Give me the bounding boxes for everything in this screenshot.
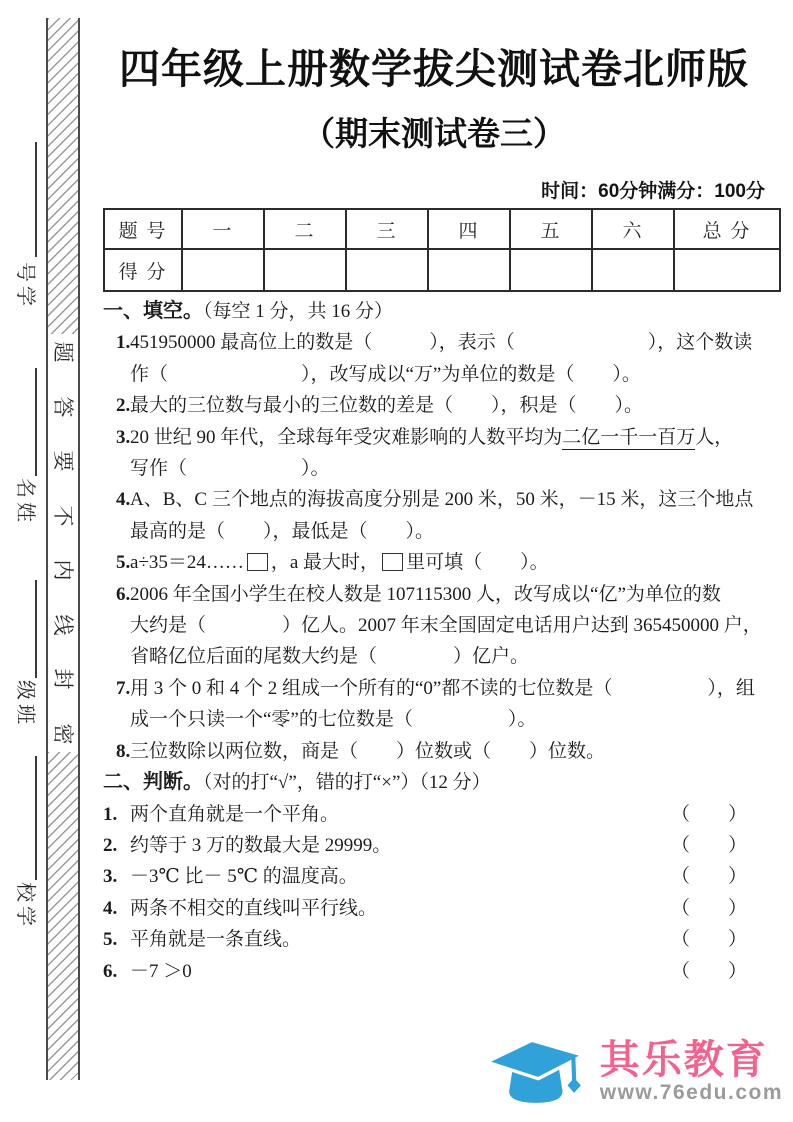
question-body: 20 世纪 90 年代，全球每年受灾难影响的人数平均为二亿一千一百万人，写作（ … bbox=[130, 422, 765, 485]
question-content: 一、填空。（每空 1 分，共 16 分）1.451950000 最高位上的数是（… bbox=[103, 296, 765, 987]
field-label-char: 班 bbox=[13, 702, 37, 726]
question-number: 6. bbox=[103, 956, 130, 987]
score-table-score-row: 得 分 bbox=[104, 249, 780, 291]
question-number: 4. bbox=[103, 893, 130, 924]
score-table-header-cell: 三 bbox=[346, 209, 428, 249]
question-body: 三位数除以两位数，商是（ ）位数或（ ）位数。 bbox=[130, 736, 765, 767]
question-item: 4.A、B、C 三个地点的海拔高度分别是 200 米，50 米，－15 米，这三… bbox=[103, 484, 765, 547]
question-number: 3. bbox=[103, 422, 130, 453]
seal-char: 不 bbox=[51, 504, 75, 528]
section-heading-1: 一、填空。（每空 1 分，共 16 分） bbox=[103, 296, 765, 327]
question-number: 6. bbox=[103, 579, 130, 610]
question-body: a÷35＝24……，a 最大时，里可填（ ）。 bbox=[130, 547, 765, 578]
question-number: 8. bbox=[103, 736, 130, 767]
score-cell bbox=[182, 249, 264, 291]
score-table-header-cell: 四 bbox=[428, 209, 510, 249]
question-item: 1.451950000 最高位上的数是（ ），表示（ ），这个数读作（ ），改写… bbox=[103, 327, 765, 390]
question-item: 8.三位数除以两位数，商是（ ）位数或（ ）位数。 bbox=[103, 736, 765, 767]
judge-answer-blank: （ ） bbox=[671, 830, 747, 861]
field-blank-line-school bbox=[35, 756, 37, 880]
score-cell bbox=[674, 249, 780, 291]
field-label-char: 学 bbox=[13, 904, 37, 928]
field-label-char: 学 bbox=[13, 284, 37, 308]
question-line: 最高的是（ ），最低是（ ）。 bbox=[130, 516, 765, 547]
score-cell bbox=[264, 249, 346, 291]
question-line: 用 3 个 0 和 4 个 2 组成一个所有的“0”都不读的七位数是（ ），组 bbox=[130, 673, 765, 704]
page-subtitle: （期末测试卷三） bbox=[95, 108, 773, 155]
seal-char: 内 bbox=[51, 558, 75, 582]
field-label-school: 校学 bbox=[12, 880, 38, 928]
judge-answer-blank: （ ） bbox=[671, 799, 747, 830]
question-line: 三位数除以两位数，商是（ ）位数或（ ）位数。 bbox=[130, 736, 765, 767]
question-line: 大约是（ ）亿人。2007 年末全国固定电话用户达到 365450000 户， bbox=[130, 610, 765, 641]
question-body: 2006 年全国小学生在校人数是 107115300 人，改写成以“亿”为单位的… bbox=[130, 579, 765, 673]
judge-statement: 平角就是一条直线。 bbox=[130, 924, 671, 955]
judge-item: 1.两个直角就是一个平角。（ ） bbox=[103, 799, 765, 830]
question-item: 2.最大的三位数与最小的三位数的差是（ ），积是（ ）。 bbox=[103, 390, 765, 421]
question-item: 6.2006 年全国小学生在校人数是 107115300 人，改写成以“亿”为单… bbox=[103, 579, 765, 673]
question-line: 20 世纪 90 年代，全球每年受灾难影响的人数平均为二亿一千一百万人， bbox=[130, 422, 765, 453]
judge-statement: 两个直角就是一个平角。 bbox=[130, 799, 671, 830]
score-table-header-cell: 六 bbox=[592, 209, 674, 249]
question-number: 3. bbox=[103, 861, 130, 892]
field-label-char: 姓 bbox=[13, 500, 37, 524]
judge-answer-blank: （ ） bbox=[671, 861, 747, 892]
question-number: 2. bbox=[103, 390, 130, 421]
field-label-char: 名 bbox=[13, 476, 37, 500]
judge-answer-blank: （ ） bbox=[671, 956, 747, 987]
question-line: 作（ ），改写成以“万”为单位的数是（ ）。 bbox=[130, 359, 765, 390]
question-body: 用 3 个 0 和 4 个 2 组成一个所有的“0”都不读的七位数是（ ），组成… bbox=[130, 673, 765, 736]
section-note: （每空 1 分，共 16 分） bbox=[203, 301, 393, 322]
seal-char: 答 bbox=[51, 395, 75, 419]
score-table: 题 号一二三四五六总 分得 分 bbox=[103, 208, 781, 292]
question-line: 最大的三位数与最小的三位数的差是（ ），积是（ ）。 bbox=[130, 390, 765, 421]
seal-char: 封 bbox=[51, 667, 75, 691]
brand-name: 其乐教育 bbox=[600, 1039, 768, 1081]
field-label-char: 号 bbox=[13, 260, 37, 284]
field-blank-line-class bbox=[35, 580, 37, 678]
judge-item: 2.约等于 3 万的数最大是 29999。（ ） bbox=[103, 830, 765, 861]
field-label-class: 级班 bbox=[12, 678, 38, 726]
hatch-pattern-bottom bbox=[48, 752, 78, 1080]
section-title: 一、填空。 bbox=[103, 300, 203, 322]
question-number: 1. bbox=[103, 327, 130, 358]
question-number: 4. bbox=[103, 484, 130, 515]
score-table-header-cell: 五 bbox=[510, 209, 592, 249]
judge-statement: －7 ＞0 bbox=[130, 956, 671, 987]
exam-paper-page: 号学名姓级班校学 题答要不内线封密 四年级上册数学拔尖测试卷北师版 （期末测试卷… bbox=[0, 0, 793, 1122]
judge-item: 3.－3℃ 比－ 5℃ 的温度高。（ ） bbox=[103, 861, 765, 892]
judge-answer-blank: （ ） bbox=[671, 893, 747, 924]
question-number: 5. bbox=[103, 547, 130, 578]
answer-box bbox=[247, 553, 268, 571]
question-item: 3.20 世纪 90 年代，全球每年受灾难影响的人数平均为二亿一千一百万人，写作… bbox=[103, 422, 765, 485]
brand-url: www.76edu.com bbox=[600, 1081, 783, 1105]
hatch-pattern-top bbox=[48, 18, 78, 334]
score-row-label: 得 分 bbox=[104, 249, 182, 291]
question-number: 2. bbox=[103, 830, 130, 861]
brand-logo: 其乐教育 www.76edu.com bbox=[480, 1030, 783, 1114]
judge-answer-blank: （ ） bbox=[671, 924, 747, 955]
score-cell bbox=[428, 249, 510, 291]
field-blank-line-student-name bbox=[35, 368, 37, 476]
judge-statement: 两条不相交的直线叫平行线。 bbox=[130, 893, 671, 924]
judge-item: 5.平角就是一条直线。（ ） bbox=[103, 924, 765, 955]
underlined-text: 二亿一千一百万 bbox=[562, 427, 695, 450]
question-number: 1. bbox=[103, 799, 130, 830]
question-line: A、B、C 三个地点的海拔高度分别是 200 米，50 米，－15 米，这三个地… bbox=[130, 484, 765, 515]
question-line: 写作（ ）。 bbox=[130, 453, 765, 484]
question-body: 451950000 最高位上的数是（ ），表示（ ），这个数读作（ ），改写成以… bbox=[130, 327, 765, 390]
score-cell bbox=[510, 249, 592, 291]
judge-statement: 约等于 3 万的数最大是 29999。 bbox=[130, 830, 671, 861]
judge-item: 4.两条不相交的直线叫平行线。（ ） bbox=[103, 893, 765, 924]
time-info: 时间：60分钟满分：100分 bbox=[103, 176, 765, 203]
question-line: 2006 年全国小学生在校人数是 107115300 人，改写成以“亿”为单位的… bbox=[130, 579, 765, 610]
score-table-corner-cell: 题 号 bbox=[104, 209, 182, 249]
score-cell bbox=[346, 249, 428, 291]
question-number: 7. bbox=[103, 673, 130, 704]
answer-box bbox=[382, 553, 403, 571]
question-item: 5.a÷35＝24……，a 最大时，里可填（ ）。 bbox=[103, 547, 765, 578]
seal-char: 要 bbox=[51, 449, 75, 473]
field-label-student-id: 号学 bbox=[12, 260, 38, 308]
seal-char: 题 bbox=[51, 340, 75, 364]
question-line: 451950000 最高位上的数是（ ），表示（ ），这个数读 bbox=[130, 327, 765, 358]
score-table-header-cell: 一 bbox=[182, 209, 264, 249]
graduation-cap-icon bbox=[480, 1030, 590, 1114]
question-line: 省略亿位后面的尾数大约是（ ）亿户。 bbox=[130, 641, 765, 672]
score-cell bbox=[592, 249, 674, 291]
field-label-student-name: 名姓 bbox=[12, 476, 38, 524]
page-title: 四年级上册数学拔尖测试卷北师版 bbox=[95, 36, 773, 95]
brand-text-block: 其乐教育 www.76edu.com bbox=[600, 1039, 783, 1105]
question-line: 成一个只读一个“零”的七位数是（ ）。 bbox=[130, 704, 765, 735]
field-blank-line-student-id bbox=[35, 142, 37, 257]
section-heading-2: 二、判断。（对的打“√”，错的打“×”）（12 分） bbox=[103, 767, 765, 798]
seal-text: 题答要不内线封密 bbox=[48, 334, 78, 752]
score-table-header-cell: 总 分 bbox=[674, 209, 780, 249]
question-body: A、B、C 三个地点的海拔高度分别是 200 米，50 米，－15 米，这三个地… bbox=[130, 484, 765, 547]
seal-char: 线 bbox=[51, 613, 75, 637]
question-number: 5. bbox=[103, 924, 130, 955]
section-title: 二、判断。 bbox=[103, 771, 203, 793]
question-line: a÷35＝24……，a 最大时，里可填（ ）。 bbox=[130, 547, 765, 578]
field-label-char: 级 bbox=[13, 678, 37, 702]
seal-band: 题答要不内线封密 bbox=[46, 18, 80, 1080]
section-note: （对的打“√”，错的打“×”）（12 分） bbox=[203, 772, 491, 793]
question-body: 最大的三位数与最小的三位数的差是（ ），积是（ ）。 bbox=[130, 390, 765, 421]
judge-item: 6.－7 ＞0（ ） bbox=[103, 956, 765, 987]
question-item: 7.用 3 个 0 和 4 个 2 组成一个所有的“0”都不读的七位数是（ ），… bbox=[103, 673, 765, 736]
field-label-char: 校 bbox=[13, 880, 37, 904]
score-table-header-cell: 二 bbox=[264, 209, 346, 249]
seal-char: 密 bbox=[51, 722, 75, 746]
score-table-header-row: 题 号一二三四五六总 分 bbox=[104, 209, 780, 249]
judge-statement: －3℃ 比－ 5℃ 的温度高。 bbox=[130, 861, 671, 892]
